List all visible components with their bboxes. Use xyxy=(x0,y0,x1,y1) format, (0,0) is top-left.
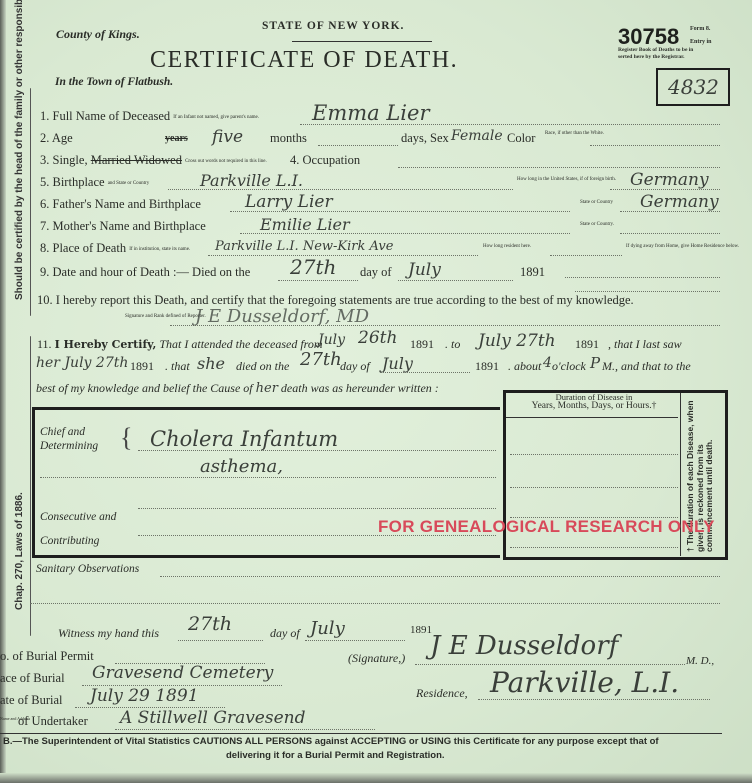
burial-date-value: July 29 1891 xyxy=(90,686,199,706)
field-label: Full Name of Deceased xyxy=(53,109,171,123)
months-label: months xyxy=(270,131,307,146)
field-2: 2. Age xyxy=(40,131,73,146)
field-8: 8. Place of Death If in institution, sta… xyxy=(40,241,171,256)
died-year-value: 1891 xyxy=(475,359,499,374)
register-note-1: Entry in xyxy=(690,39,712,45)
that-label: . that xyxy=(165,359,190,374)
field-1: 1. Full Name of Deceased If an Infant no… xyxy=(40,109,233,124)
undertaker-note: Name and Address xyxy=(0,716,14,721)
field-num: 1. xyxy=(40,109,49,123)
genealogical-stamp: FOR GENEALOGICAL RESEARCH ONLY xyxy=(378,517,715,537)
field-9: 9. Date and hour of Death :— Died on the xyxy=(40,265,250,280)
sanitary-label: Sanitary Observations xyxy=(36,563,139,575)
last-saw-year: 1891 xyxy=(130,359,154,374)
certificate-title: CERTIFICATE OF DEATH. xyxy=(150,47,458,74)
us-value: Germany xyxy=(630,170,709,190)
witness-year-value: 1891 xyxy=(410,624,432,636)
brace-bottom xyxy=(30,336,31,636)
duration-header: Duration of Disease in Years, Months, Da… xyxy=(508,393,680,411)
died-day-of-label: day of xyxy=(340,359,370,374)
burial-date-label: ate of Burial xyxy=(0,693,62,708)
death-month-value: July xyxy=(408,260,441,280)
father-value: Larry Lier xyxy=(245,192,333,212)
md-label: M. D., xyxy=(686,655,714,667)
witness-label: Witness my hand this xyxy=(58,626,159,641)
chief-cause-value: Cholera Infantum xyxy=(150,427,338,451)
birthplace-value: Parkville L.I. xyxy=(200,171,303,190)
attended-from-day: 26th xyxy=(358,328,397,348)
field-6: 6. Father's Name and Birthplace xyxy=(40,197,201,212)
away-note: If dying away from Home, give Home Resid… xyxy=(626,244,722,249)
resident-note: How long resident here. xyxy=(483,244,523,249)
state-underline xyxy=(292,41,432,42)
died-on-label: died on the xyxy=(236,359,289,374)
witness-day-value: 27th xyxy=(188,613,232,635)
signature-label: (Signature,) xyxy=(348,651,405,666)
undertaker-value: A Stillwell Gravesend xyxy=(120,708,305,728)
pronoun-value: she xyxy=(197,354,225,373)
register-note-2: Register Book of Deaths to be in xyxy=(618,47,693,53)
register-note-3: serted here by the Registrar. xyxy=(618,54,684,60)
form-label: Form 8. xyxy=(690,26,710,32)
death-year-value: 1891 xyxy=(520,265,545,280)
attended-from-month: July xyxy=(318,332,345,348)
deceased-name: Emma Lier xyxy=(312,101,429,125)
mother-value: Emilie Lier xyxy=(260,215,350,234)
witness-day-of: day of xyxy=(270,626,300,641)
age-value: five xyxy=(212,127,243,147)
and-that-label: M., and that to the xyxy=(602,359,691,374)
chief-label: Chief and Determining xyxy=(40,425,98,453)
days-label: days, xyxy=(401,131,427,146)
ampm-value: P xyxy=(590,354,600,372)
field-note: If an Infant not named, give parent's na… xyxy=(173,115,233,120)
day-of-label: day of xyxy=(360,265,392,280)
color-label: Color xyxy=(507,131,535,146)
sex-value: Female xyxy=(451,128,503,144)
side-note-top: Should be certified by the head of the f… xyxy=(14,0,25,300)
residence-label: Residence, xyxy=(416,686,468,701)
certificate-paper: Should be certified by the head of the f… xyxy=(0,0,752,783)
mother-state-note: State or Country. xyxy=(580,222,608,227)
residence-value: Parkville, L.I. xyxy=(490,666,679,699)
burial-place-value: Gravesend Cemetery xyxy=(92,663,273,683)
oclock-label: o'clock xyxy=(552,359,586,374)
last-saw-value: her July 27th xyxy=(36,355,128,371)
physician-signature: J E Dusseldorf xyxy=(430,631,618,661)
undertaker-label: of Undertaker xyxy=(18,714,88,729)
hour-value: 4 xyxy=(543,355,552,371)
caution-line-2: delivering it for a Burial Permit and Re… xyxy=(226,750,445,761)
us-note: How long in the United States, if of for… xyxy=(517,177,587,182)
bottom-edge xyxy=(0,773,752,783)
state-label: STATE OF NEW YORK. xyxy=(262,20,404,32)
field-3: 3. Single, Married Widowed Cross out wor… xyxy=(40,153,233,168)
chief-cause-value-2: asthema, xyxy=(200,456,283,477)
certificate-number: 4832 xyxy=(668,75,719,99)
certify-line-3: best of my knowledge and belief the Caus… xyxy=(36,381,439,396)
county-label: County of Kings. xyxy=(56,27,140,42)
to-label: . to xyxy=(445,337,460,352)
side-note-bottom: Chap. 270, Laws of 1886. xyxy=(14,492,25,610)
reporter-signature: J E Dusseldorf, MD xyxy=(195,306,369,327)
certify-line-1: 11. I Hereby Certify, That I attended th… xyxy=(37,337,323,352)
sex-label: Sex xyxy=(430,131,449,146)
certificate-number-box: 4832 xyxy=(656,68,730,106)
attended-to-year: 1891 xyxy=(575,337,599,352)
field-7: 7. Mother's Name and Birthplace xyxy=(40,219,206,234)
binding-edge xyxy=(0,0,6,783)
signature-note: Signature and Rank defined of Reporter. xyxy=(125,314,165,319)
burial-place-label: ace of Burial xyxy=(0,671,65,686)
brace-top xyxy=(30,88,31,316)
town-label: In the Town of Flatbush. xyxy=(55,76,173,88)
attended-to-date: July 27th xyxy=(478,331,556,351)
place-of-death-value: Parkville L.I. New-Kirk Ave xyxy=(215,239,393,254)
witness-month-value: July xyxy=(310,618,345,639)
last-saw-label: , that I last saw xyxy=(608,337,682,352)
consecutive-label: Consecutive and Contributing xyxy=(40,505,116,553)
years-label: years xyxy=(165,133,188,144)
field-5: 5. Birthplace and State or Country xyxy=(40,175,136,190)
father-state-value: Germany xyxy=(640,192,719,212)
caution-line-1: B.—The Superintendent of Vital Statistic… xyxy=(3,736,659,747)
about-label: . about xyxy=(508,359,541,374)
death-day-value: 27th xyxy=(290,255,336,279)
attended-from-year: 1891 xyxy=(410,337,434,352)
burial-permit-label: o. of Burial Permit xyxy=(0,649,94,664)
died-month-value: July xyxy=(382,354,413,373)
color-note: Race, if other than the White. xyxy=(545,131,585,136)
occupation-label: 4. Occupation xyxy=(290,153,360,168)
father-state-note: State or Country xyxy=(580,200,608,205)
died-day-value: 27th xyxy=(300,349,342,370)
